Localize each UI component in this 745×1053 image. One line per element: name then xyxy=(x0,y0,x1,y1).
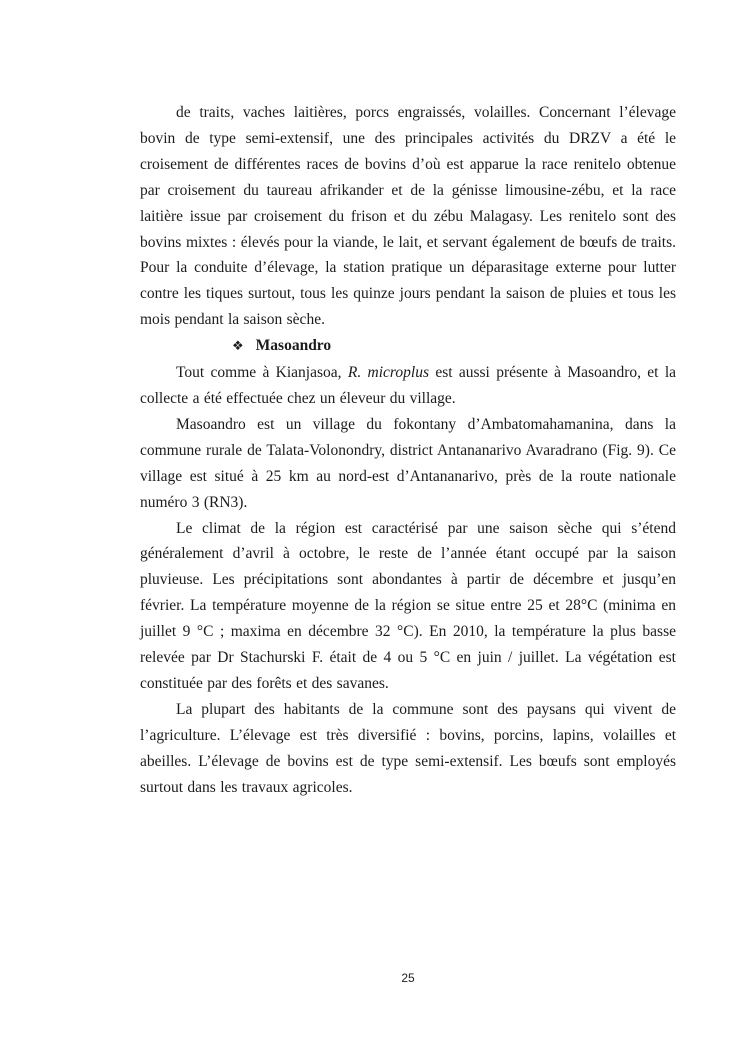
section-heading-masoandro: ❖ Masoandro xyxy=(140,333,676,360)
paragraph-climat: Le climat de la région est caractérisé p… xyxy=(140,516,676,697)
paragraph-collecte-text-before: Tout comme à Kianjasoa, xyxy=(176,364,348,381)
diamond-bullet-icon: ❖ xyxy=(232,334,244,360)
paragraph-village-location: Masoandro est un village du fokontany d’… xyxy=(140,412,676,516)
paragraph-collecte: Tout comme à Kianjasoa, R. microplus est… xyxy=(140,360,676,412)
page-number: 25 xyxy=(140,971,676,985)
paragraph-habitants: La plupart des habitants de la commune s… xyxy=(140,697,676,801)
section-heading-label: Masoandro xyxy=(256,333,332,359)
document-page: de traits, vaches laitières, porcs engra… xyxy=(0,0,745,1053)
paragraph-elevage-bovin: de traits, vaches laitières, porcs engra… xyxy=(140,100,676,333)
species-name: R. microplus xyxy=(348,364,429,381)
page-content: de traits, vaches laitières, porcs engra… xyxy=(140,100,676,800)
